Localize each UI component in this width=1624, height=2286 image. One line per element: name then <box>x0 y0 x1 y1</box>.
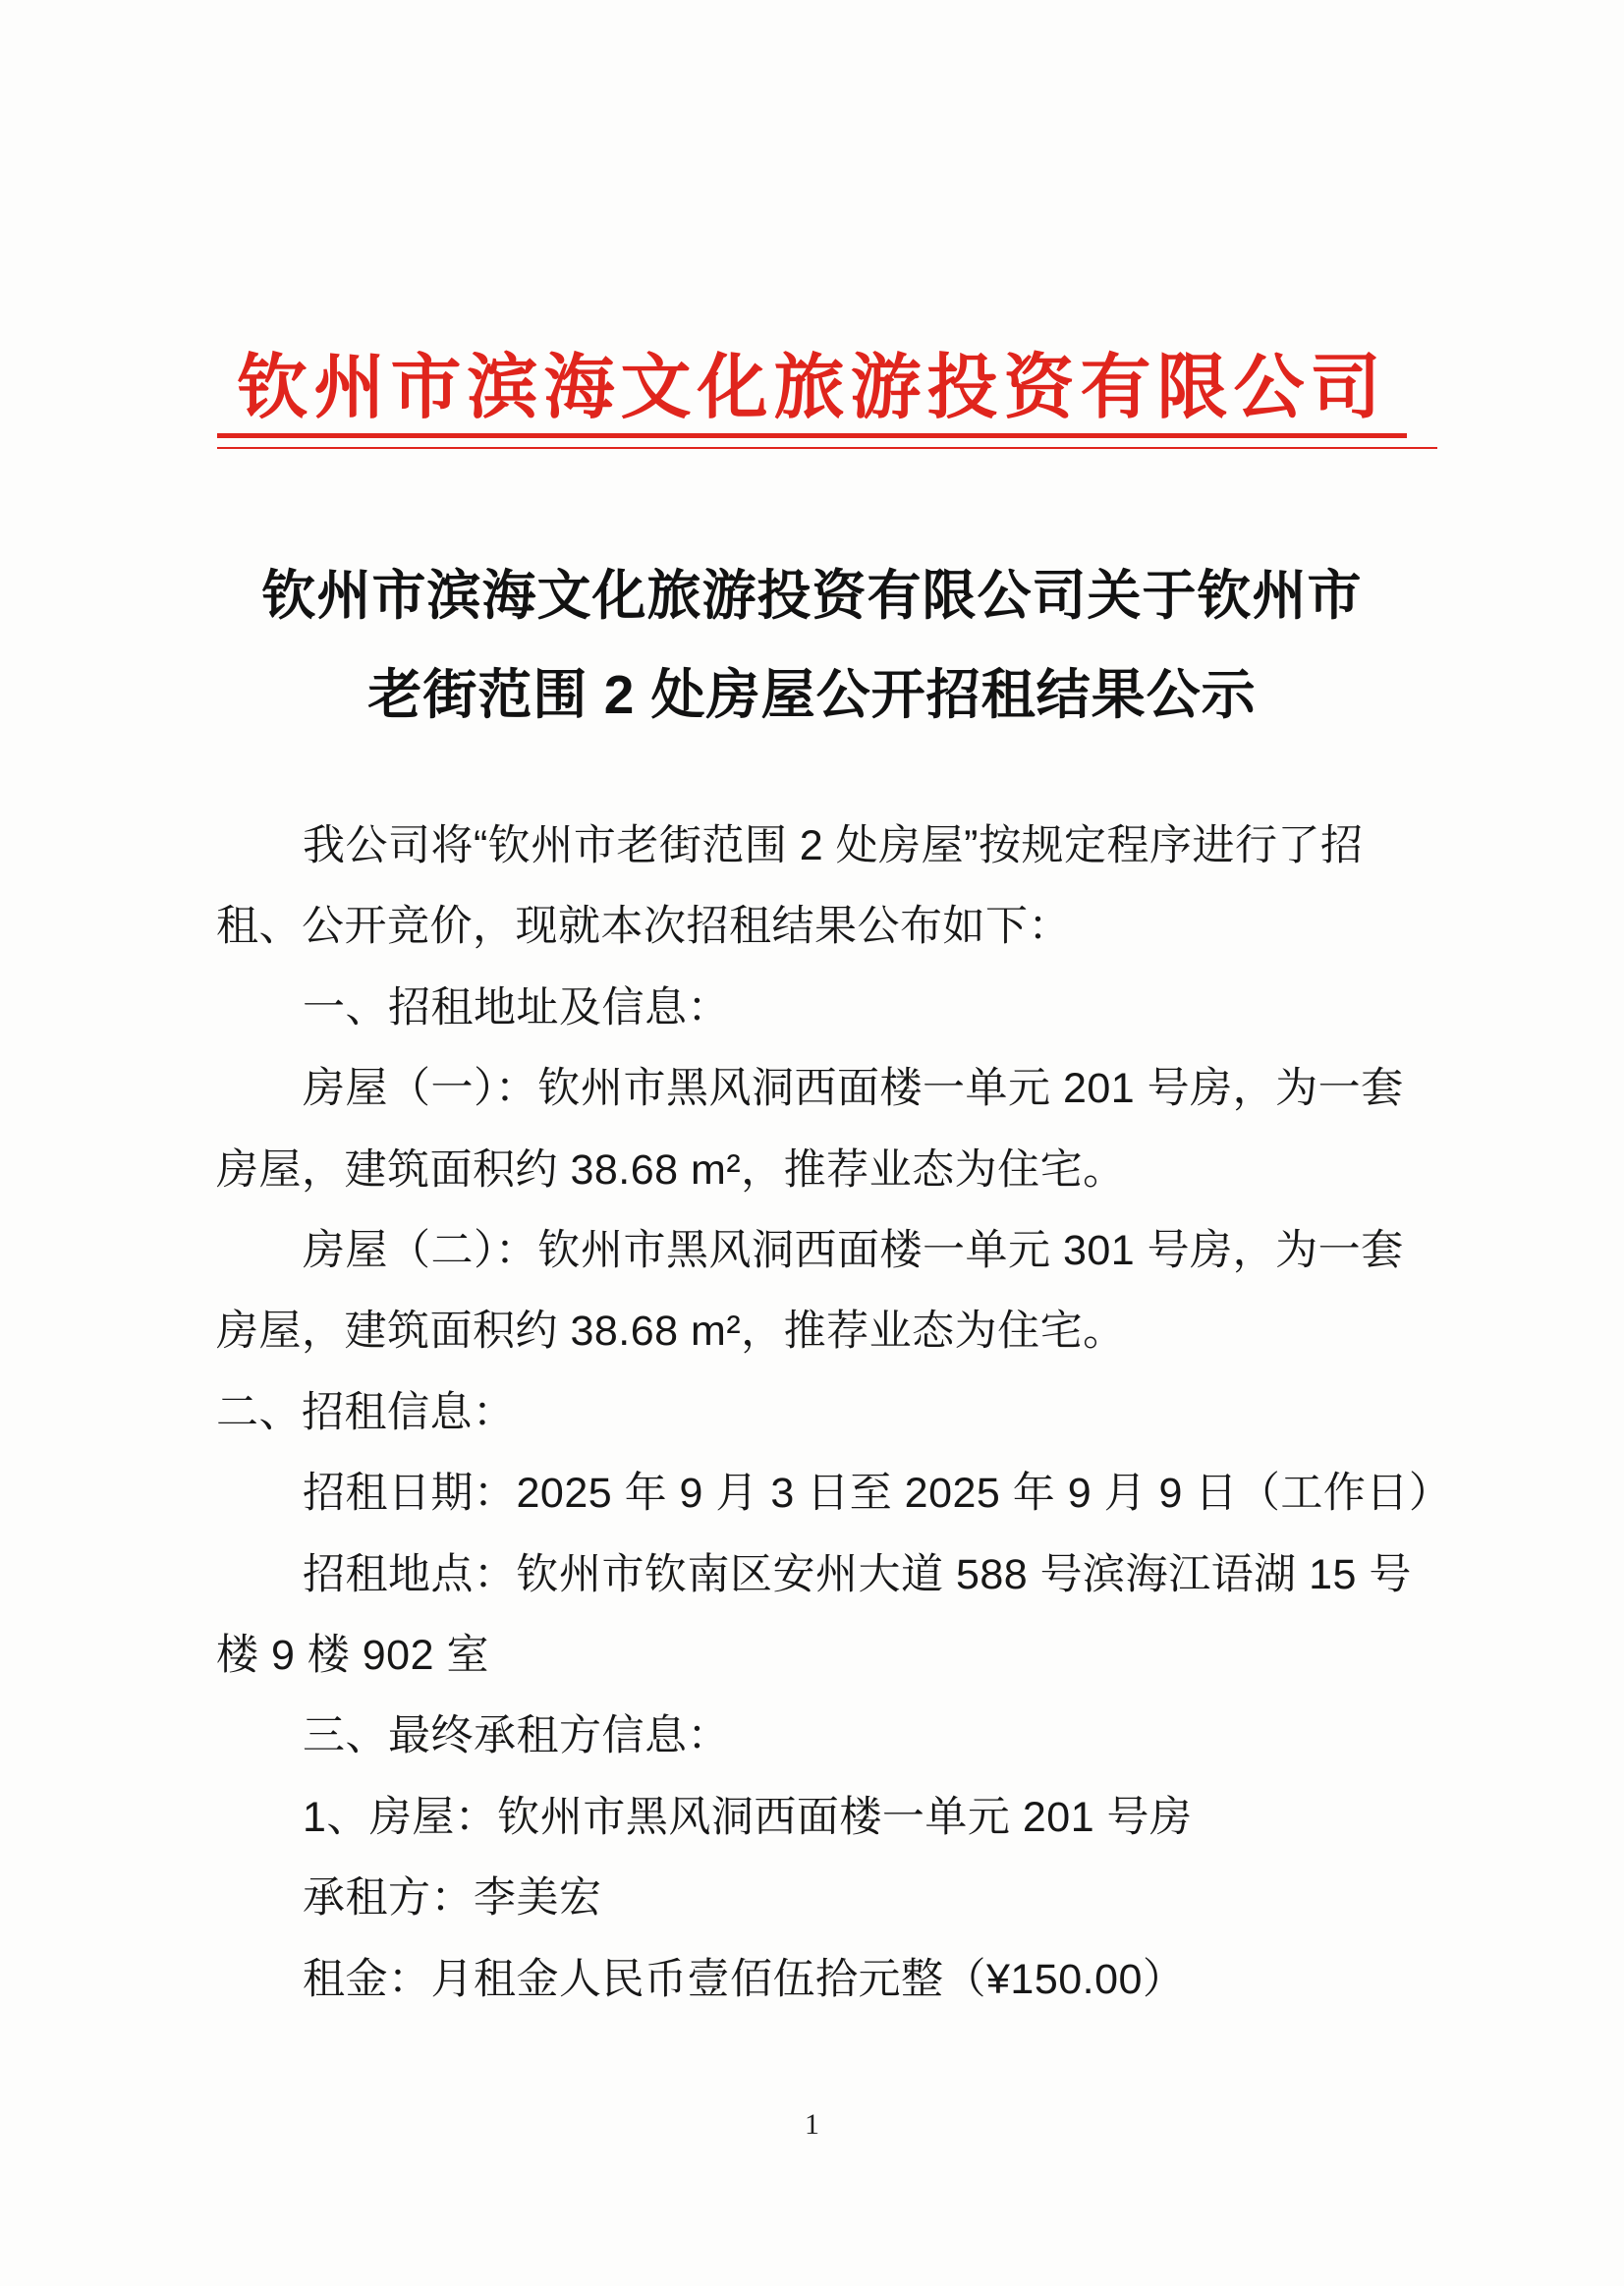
document-title-line2: 老街范围 2 处房屋公开招租结果公示 <box>98 645 1526 745</box>
paragraph-rental-date: 招租日期：2025 年 9 月 3 日至 2025 年 9 月 9 日（工作日） <box>216 1453 1444 1533</box>
paragraph-house1-line2: 房屋，建筑面积约 38.68 m²，推荐业态为住宅。 <box>216 1130 1444 1210</box>
paragraph-result-tenant: 承租方：李美宏 <box>216 1858 1444 1938</box>
paragraph-intro-line1: 我公司将“钦州市老街范围 2 处房屋”按规定程序进行了招 <box>216 806 1444 886</box>
paragraph-house1-line1: 房屋（一）：钦州市黑风洞西面楼一单元 201 号房，为一套 <box>216 1048 1444 1129</box>
paragraph-rental-place-line1: 招租地点：钦州市钦南区安州大道 588 号滨海江语湖 15 号 <box>216 1534 1444 1615</box>
paragraph-result-house: 1、房屋：钦州市黑风洞西面楼一单元 201 号房 <box>216 1777 1444 1858</box>
paragraph-rental-place-line2: 楼 9 楼 902 室 <box>216 1615 1444 1696</box>
company-letterhead: 钦州市滨海文化旅游投资有限公司 <box>0 330 1624 432</box>
page-number: 1 <box>0 2108 1624 2142</box>
paragraph-house2-line2: 房屋，建筑面积约 38.68 m²，推荐业态为住宅。 <box>216 1291 1444 1371</box>
letterhead-rule-thin <box>217 447 1437 449</box>
letterhead-rule-thick <box>217 433 1407 438</box>
document-page: 钦州市滨海文化旅游投资有限公司 钦州市滨海文化旅游投资有限公司关于钦州市 老街范… <box>0 0 1624 2286</box>
document-title: 钦州市滨海文化旅游投资有限公司关于钦州市 老街范围 2 处房屋公开招租结果公示 <box>98 546 1526 745</box>
paragraph-intro-line2: 租、公开竞价，现就本次招租结果公布如下： <box>216 886 1444 967</box>
paragraph-section1-heading: 一、招租地址及信息： <box>216 968 1444 1048</box>
paragraph-house2-line1: 房屋（二）：钦州市黑风洞西面楼一单元 301 号房，为一套 <box>216 1210 1444 1291</box>
paragraph-section2-heading: 二、招租信息： <box>216 1372 1444 1453</box>
document-body: 我公司将“钦州市老街范围 2 处房屋”按规定程序进行了招 租、公开竞价，现就本次… <box>216 806 1444 2020</box>
paragraph-section3-heading: 三、最终承租方信息： <box>216 1696 1444 1776</box>
paragraph-result-rent: 租金：月租金人民币壹佰伍拾元整（¥150.00） <box>216 1939 1444 2020</box>
document-title-line1: 钦州市滨海文化旅游投资有限公司关于钦州市 <box>98 546 1526 645</box>
